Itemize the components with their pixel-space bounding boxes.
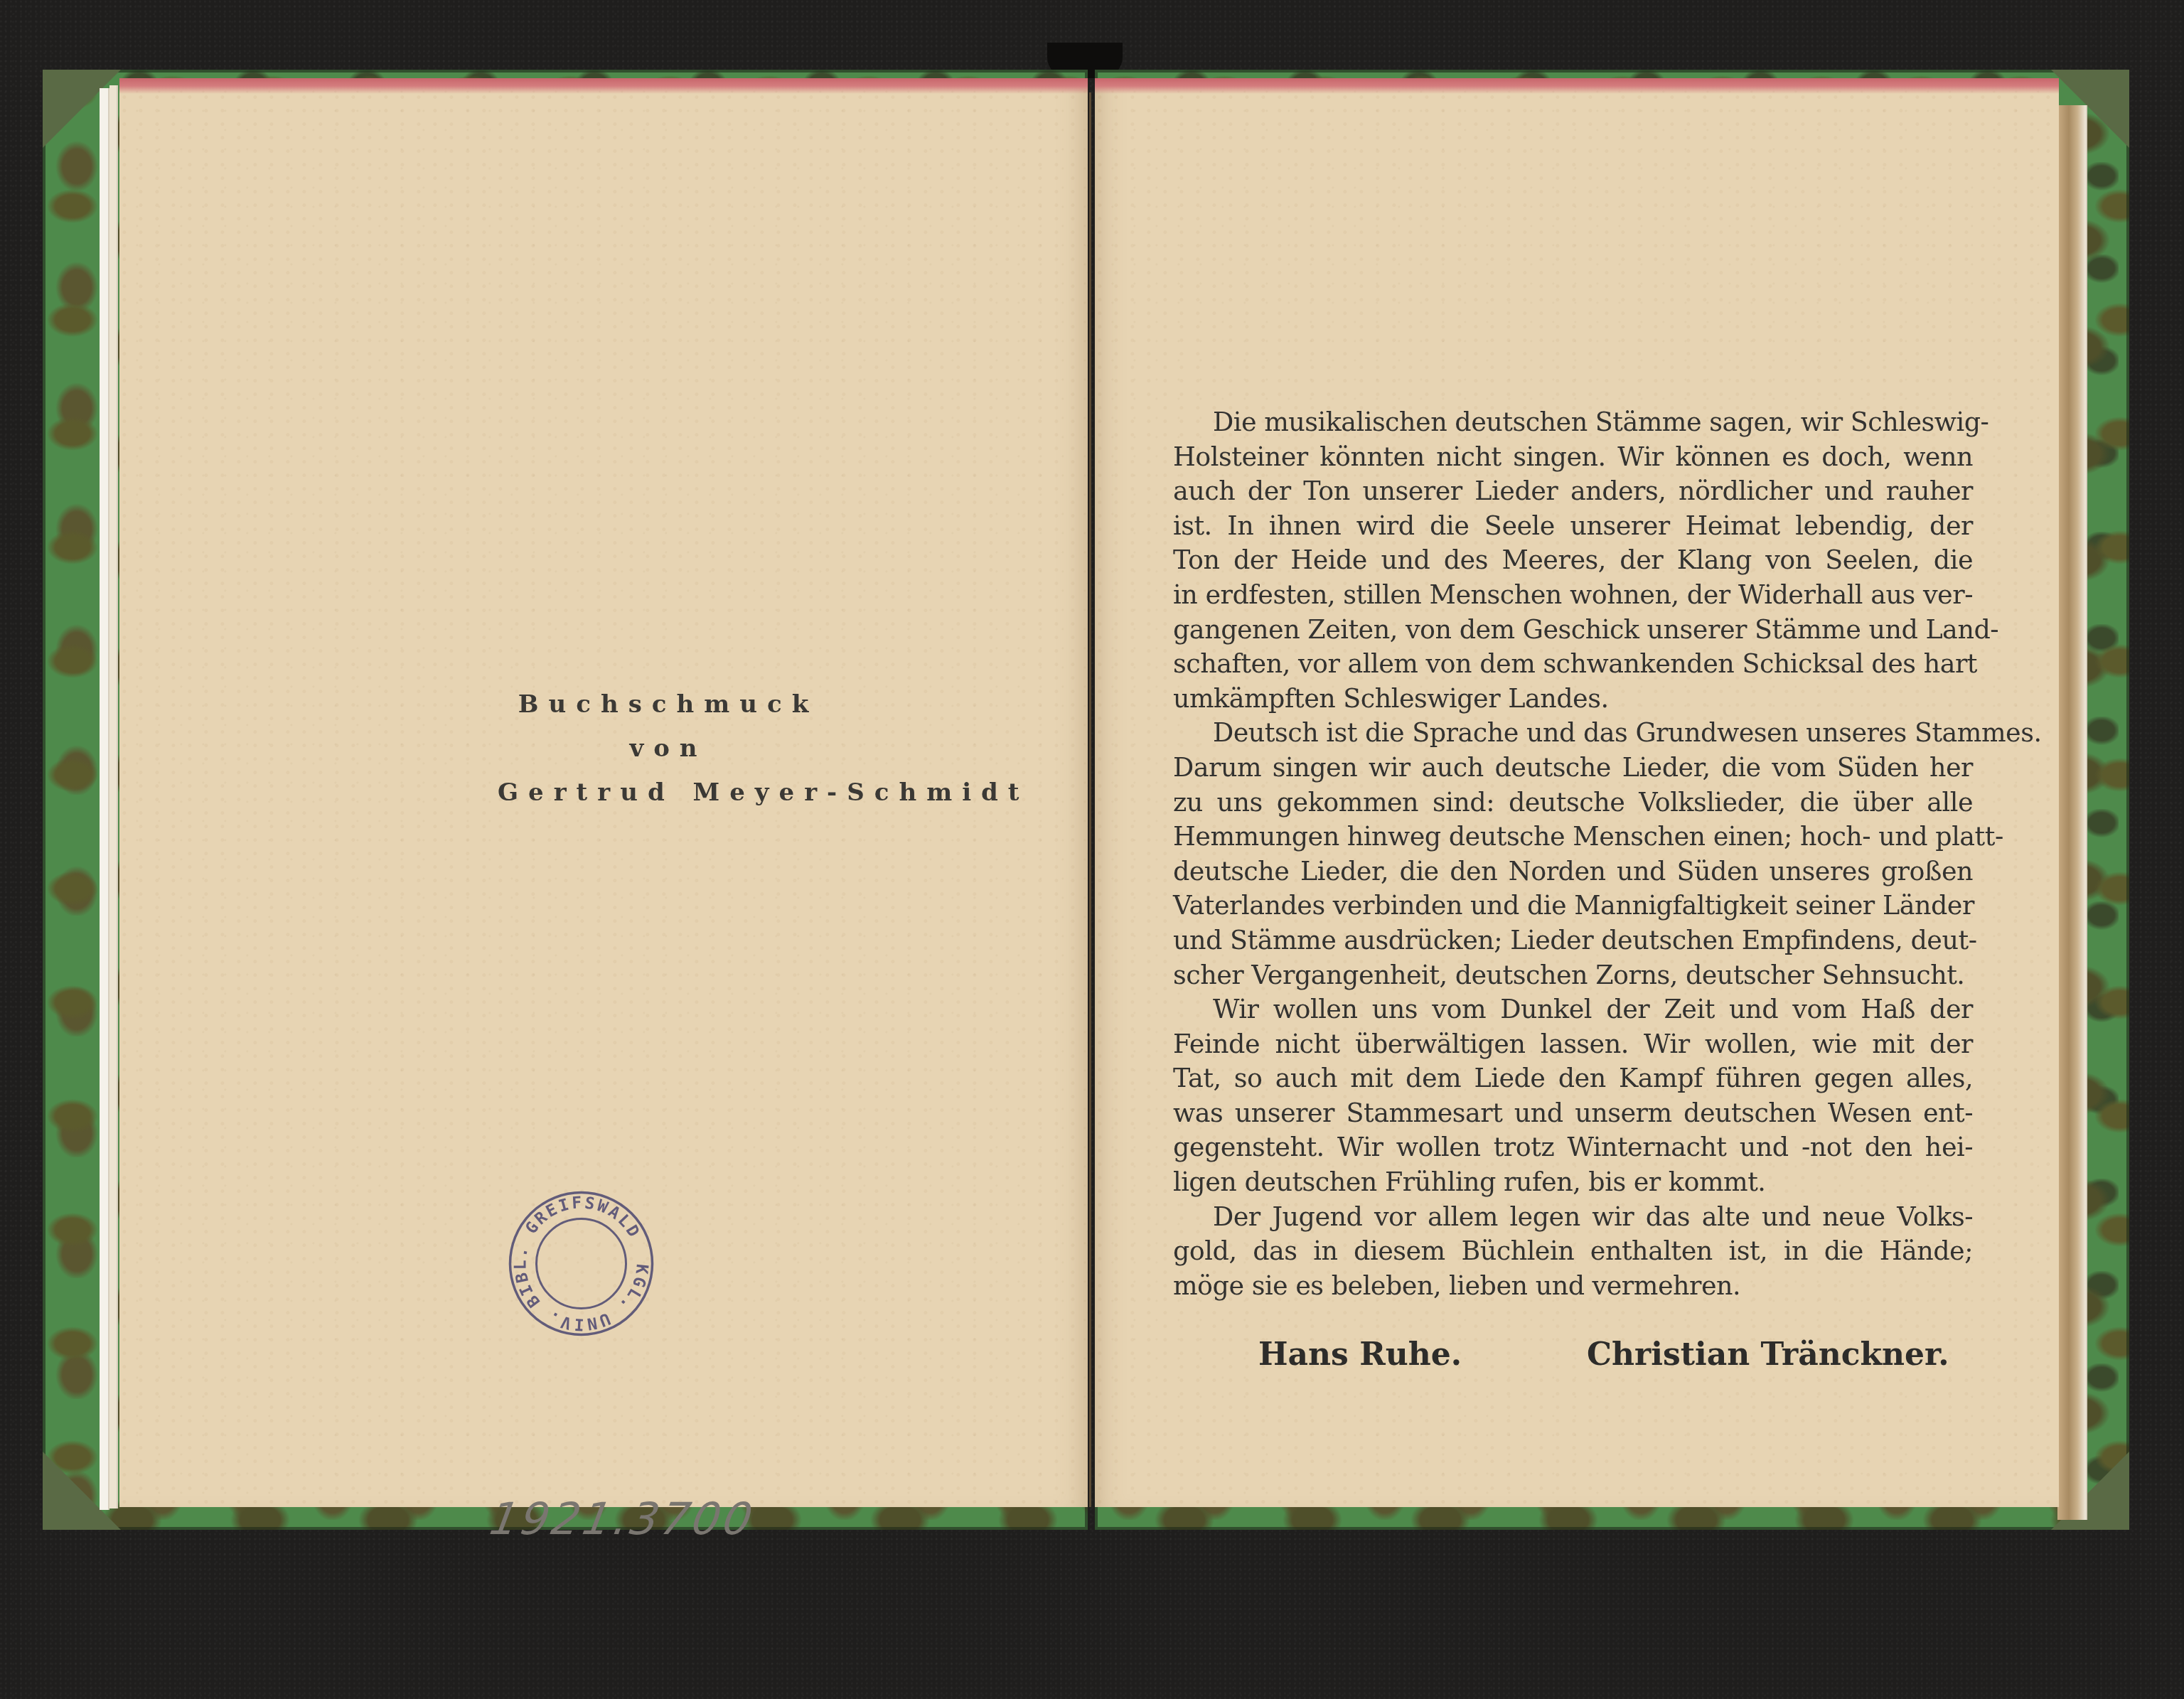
text-line: Wir wollen uns vom Dunkel der Zeit und v…: [1173, 992, 1973, 1027]
text-line: und Stämme ausdrücken; Lieder deutschen …: [1173, 923, 1973, 958]
text-line: gangenen Zeiten, von dem Geschick unsere…: [1173, 613, 1973, 648]
text-line: Die musikalischen deutschen Stämme sagen…: [1173, 405, 1973, 440]
text-line: Ton der Heide und des Meeres, der Klang …: [1173, 543, 1973, 578]
stamp-text: KGL. UNIV. BIBL. GREIFSWALD: [511, 1194, 651, 1334]
text-line: möge sie es beleben, lieben und vermehre…: [1173, 1269, 1973, 1304]
signature-christian-traenckner: Christian Tränckner.: [1587, 1336, 1949, 1373]
text-line: gegensteht. Wir wollen trotz Winternacht…: [1173, 1130, 1973, 1165]
illustration-credit: Buchschmuck von Gertrud Meyer-Schmidt: [498, 682, 839, 815]
accession-number: 1921.3700: [486, 1493, 759, 1545]
paragraph: Der Jugend vor allem legen wir das alte …: [1173, 1200, 1973, 1304]
text-line: in erdfesten, stillen Menschen wohnen, d…: [1173, 578, 1973, 613]
text-line: auch der Ton unserer Lieder anders, nörd…: [1173, 474, 1973, 509]
library-stamp: KGL. UNIV. BIBL. GREIFSWALD: [505, 1187, 658, 1340]
text-line: Tat, so auch mit dem Liede den Kampf füh…: [1173, 1061, 1973, 1096]
foreword-text: Die musikalischen deutschen Stämme sagen…: [1173, 405, 1973, 1303]
paragraph: Die musikalischen deutschen Stämme sagen…: [1173, 405, 1973, 716]
text-line: Feinde nicht überwältigen lassen. Wir wo…: [1173, 1027, 1973, 1062]
text-line: umkämpften Schleswiger Landes.: [1173, 682, 1973, 717]
paragraph: Deutsch ist die Sprache und das Grundwes…: [1173, 716, 1973, 992]
library-stamp-icon: KGL. UNIV. BIBL. GREIFSWALD: [505, 1187, 658, 1340]
paragraph: Wir wollen uns vom Dunkel der Zeit und v…: [1173, 992, 1973, 1200]
text-line: Holsteiner könnten nicht singen. Wir kön…: [1173, 440, 1973, 475]
page-block-edge-left: [109, 85, 118, 1508]
text-line: zu uns gekommen sind: deutsche Volkslied…: [1173, 786, 1973, 820]
endpaper-edge-left: [100, 88, 109, 1510]
svg-text:KGL. UNIV. BIBL. GREIFSWALD: KGL. UNIV. BIBL. GREIFSWALD: [511, 1194, 651, 1334]
credit-line-1: Buchschmuck: [498, 682, 839, 727]
book-gutter: [1089, 92, 1091, 1507]
text-line: scher Vergangenheit, deutschen Zorns, de…: [1173, 958, 1973, 993]
page-block-edge-right: [2057, 105, 2087, 1520]
text-line: Vaterlandes verbinden und die Mannigfalt…: [1173, 889, 1973, 923]
text-line: Darum singen wir auch deutsche Lieder, d…: [1173, 751, 1973, 786]
text-line: Der Jugend vor allem legen wir das alte …: [1173, 1200, 1973, 1235]
text-line: Deutsch ist die Sprache und das Grundwes…: [1173, 716, 1973, 751]
text-line: Hemmungen hinweg deutsche Menschen einen…: [1173, 820, 1973, 854]
signature-hans-ruhe: Hans Ruhe.: [1258, 1336, 1462, 1373]
text-line: deutsche Lieder, die den Norden und Süde…: [1173, 854, 1973, 889]
text-line: was unserer Stammesart und unserm deutsc…: [1173, 1096, 1973, 1131]
text-line: schaften, vor allem von dem schwankenden…: [1173, 647, 1973, 682]
text-line: ist. In ihnen wird die Seele unserer Hei…: [1173, 509, 1973, 544]
text-line: gold, das in diesem Büchlein enthalten i…: [1173, 1234, 1973, 1269]
credit-line-3: Gertrud Meyer-Schmidt: [498, 771, 839, 815]
credit-line-2: von: [498, 727, 839, 771]
text-line: ligen deutschen Frühling rufen, bis er k…: [1173, 1165, 1973, 1200]
